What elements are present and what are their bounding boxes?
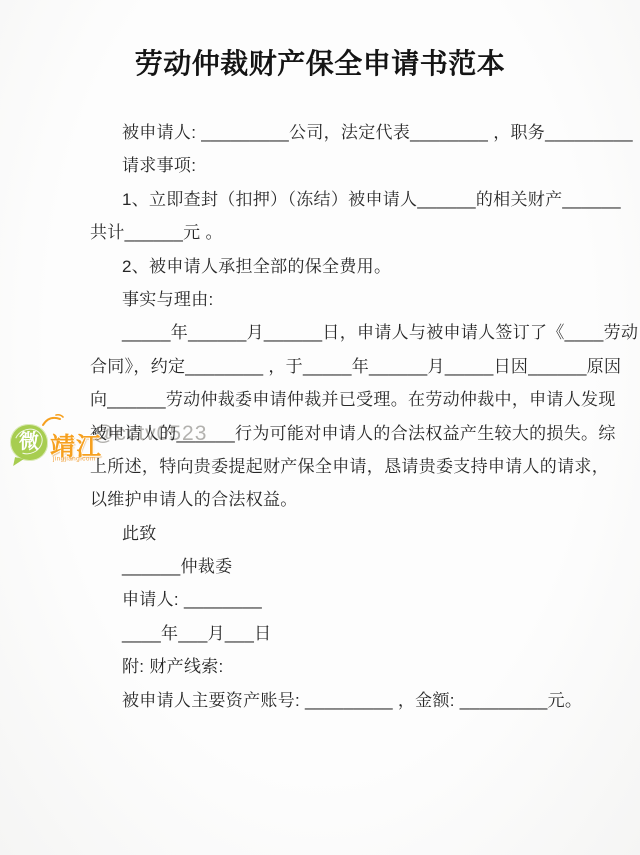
doc-line: _____年______月______日，申请人与被申请人签订了《____劳动 (0, 316, 640, 349)
doc-line: ____年___月___日 (0, 617, 640, 650)
doc-line: 2、被申请人承担全部的保全费用。 (0, 250, 640, 283)
doc-line: 事实与理由: (0, 283, 640, 316)
page-title: 劳动仲裁财产保全申请书范本 (0, 47, 640, 81)
doc-line: 附: 财产线索: (0, 650, 640, 683)
doc-line: 被申请人主要资产账号: _________ ，金额: _________元。 (0, 684, 640, 717)
logo-bubble-char: 微 (10, 431, 48, 453)
doc-line: 以维护申请人的合法权益。 (0, 483, 640, 516)
doc-line: 合同》，约定________ ，于_____年______月_____日因___… (0, 350, 640, 383)
doc-line: 向______劳动仲裁委申请仲裁并已受理。在劳动仲裁中，申请人发现 (0, 383, 640, 416)
speech-bubble-icon: 微 (10, 424, 48, 461)
doc-line: 被申请人: _________公司，法定代表________ ，职务______… (0, 116, 640, 149)
doc-line: 1、立即查封（扣押）（冻结）被申请人______的相关财产______ (0, 183, 640, 216)
brand-caption: jingjiang.com (53, 455, 96, 462)
doc-line: 申请人: ________ (0, 583, 640, 616)
wjj-logo: 微 靖江 jingjiang.com (8, 414, 108, 470)
doc-line: ______仲裁委 (0, 550, 640, 583)
doc-line: 共计______元 。 (0, 216, 640, 249)
doc-line: 请求事项: (0, 149, 640, 182)
document-page: @cctv0523 劳动仲裁财产保全申请书范本 被申请人: _________公… (0, 0, 640, 855)
swoosh-icon (40, 412, 66, 428)
doc-line: 此致 (0, 517, 640, 550)
document-content: 劳动仲裁财产保全申请书范本 被申请人: _________公司，法定代表____… (0, 47, 640, 717)
